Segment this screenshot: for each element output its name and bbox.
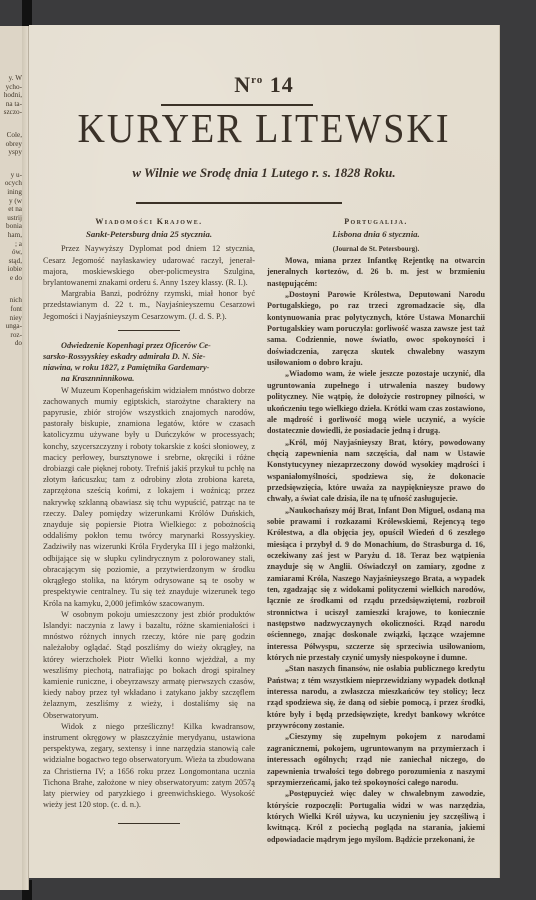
dispatch-place-date: Lisbona dnia 6 stycznia. xyxy=(267,229,485,240)
previous-page-line: iobie xyxy=(0,265,22,274)
article-title-line: niawina, w roku 1827, z Pamiętnika Garde… xyxy=(43,362,255,373)
previous-page-line: Cole, xyxy=(0,131,22,140)
previous-page-line: ycho- xyxy=(0,83,22,92)
previous-page-line: ustrij xyxy=(0,214,22,223)
paragraph: Widok z niego prześliczny! Kilka kwadran… xyxy=(43,721,255,811)
paragraph: Przez Naywyższy Dyplomat pod dniem 12 st… xyxy=(43,243,255,288)
previous-page-line xyxy=(0,157,22,171)
previous-page-line: stąd, xyxy=(0,257,22,266)
issue-number-value: 14 xyxy=(270,72,294,97)
previous-page-line: ining xyxy=(0,188,22,197)
issue-sup: ro xyxy=(251,74,263,86)
previous-page-line: yspy xyxy=(0,148,22,157)
previous-page-line: unga- xyxy=(0,322,22,331)
newspaper-title: KURYER LITEWSKI xyxy=(44,105,484,153)
paragraph: „Wiadomo wam, że wiele jeszcze pozostaje… xyxy=(267,368,485,436)
previous-page-line: do xyxy=(0,339,22,348)
binding-top xyxy=(22,0,32,26)
previous-page-line: bonia xyxy=(0,222,22,231)
previous-page-line: obrey xyxy=(0,140,22,149)
previous-page-edge: y. Wycho-hodni,na ta-szczo-Cole,obreyysp… xyxy=(0,26,29,890)
article-divider xyxy=(118,330,180,331)
right-column: Portugalija. Lisbona dnia 6 stycznia. (J… xyxy=(267,213,485,845)
left-column: Wiadomości Krajowe. Sankt-Petersburg dni… xyxy=(43,213,255,833)
previous-page-line: roz- xyxy=(0,331,22,340)
previous-page-line: y (w xyxy=(0,197,22,206)
previous-page-line xyxy=(0,117,22,131)
previous-page-line xyxy=(0,282,22,296)
section-heading-domestic-news: Wiadomości Krajowe. xyxy=(43,216,255,227)
masthead-rule-bottom xyxy=(136,202,342,204)
previous-page-line: niey xyxy=(0,314,22,323)
paragraph: W Muzeum Kopenhageńskim widziałem mnóstw… xyxy=(43,385,255,609)
page-spine xyxy=(22,26,28,890)
news-source: (Journal de St. Petersbourg). xyxy=(267,244,485,255)
previous-page-line: ; a xyxy=(0,240,22,249)
previous-page-text: y. Wycho-hodni,na ta-szczo-Cole,obreyysp… xyxy=(0,74,22,348)
article-title-line: na Krasznninnikowa. xyxy=(43,373,255,384)
previous-page-line: hodni, xyxy=(0,91,22,100)
paragraph: „Król, mój Nayjaśnieyszy Brat, który, po… xyxy=(267,437,485,505)
issue-number: Nro 14 xyxy=(29,72,499,98)
article-title: Odwiedzenie Kopenhagi przez Oficerów Ce-… xyxy=(43,340,255,385)
previous-page-line: ów, xyxy=(0,248,22,257)
previous-page-line: ocych xyxy=(0,179,22,188)
paragraph: W osobnym pokoju umieszczony jest zbiór … xyxy=(43,609,255,721)
article-title-line: Odwiedzenie Kopenhagi przez Oficerów Ce- xyxy=(43,340,255,351)
previous-page-line: na ta- xyxy=(0,100,22,109)
issue-prefix: N xyxy=(234,72,251,97)
previous-page-line: y u- xyxy=(0,171,22,180)
previous-page-line: ham, xyxy=(0,231,22,240)
article-end-divider xyxy=(118,823,180,824)
dispatch-place-date: Sankt-Petersburg dnia 25 stycznia. xyxy=(43,229,255,240)
article-title-line: sarsko-Rossyyskiey eskadry admirała D. N… xyxy=(43,351,255,362)
paragraph: „Cieszymy się zupełnym pokojem z narodam… xyxy=(267,731,485,788)
previous-page-line: font xyxy=(0,305,22,314)
paragraph: Mowa, miana przez Infantkę Rejentkę na o… xyxy=(267,255,485,289)
paragraph: Margrabia Banzi, podróżny rzymski, miał … xyxy=(43,288,255,322)
paragraph: „Dostoyni Parowie Królestwa, Deputowani … xyxy=(267,289,485,368)
section-heading-portugal: Portugalija. xyxy=(267,216,485,227)
previous-page-line: y. W xyxy=(0,74,22,83)
newspaper-page: Nro 14 KURYER LITEWSKI w Wilnie we Srodę… xyxy=(29,25,499,878)
previous-page-line: e do xyxy=(0,274,22,283)
paragraph: „Naukochańszy mój Brat, Infant Don Migue… xyxy=(267,505,485,664)
previous-page-line: et na xyxy=(0,205,22,214)
previous-page-line: szczo- xyxy=(0,108,22,117)
previous-page-line: nich xyxy=(0,296,22,305)
paragraph: „Stan naszych finansów, nie osłabia publ… xyxy=(267,663,485,731)
dateline: w Wilnie we Srodę dnia 1 Lutego r. s. 18… xyxy=(29,165,499,181)
paragraph: „Postępuycież więc daley w chwalebnym za… xyxy=(267,788,485,845)
